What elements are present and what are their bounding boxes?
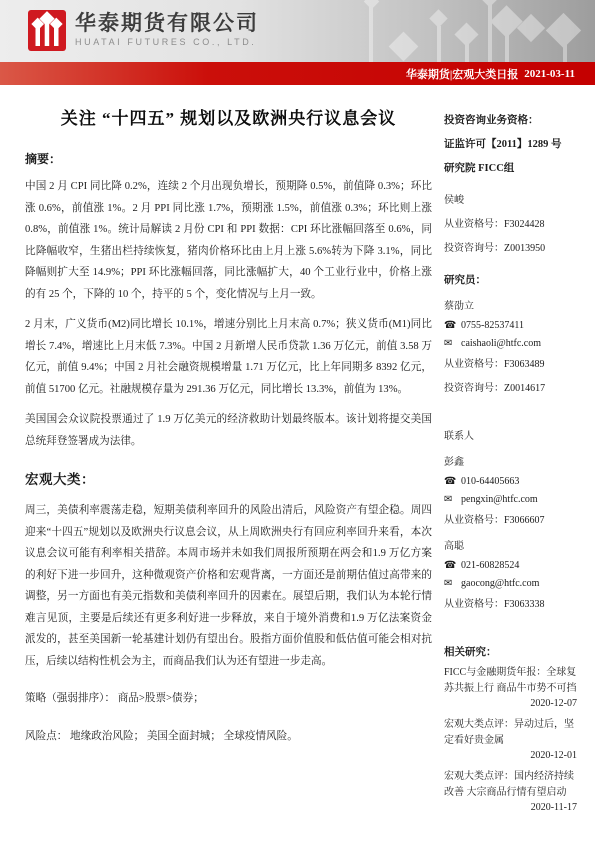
contact-cert-no: 从业资格号：F3066607 xyxy=(444,509,577,533)
contact-cert-no: 从业资格号：F3063338 xyxy=(444,593,577,617)
contact-email: gaocong@htfc.com xyxy=(461,575,539,593)
company-name-cn: 华泰期货有限公司 xyxy=(75,12,259,36)
related-research-block: 相关研究： FICC与金融期货年报：全球复苏共振上行 商品牛市势不可挡 2020… xyxy=(444,641,577,816)
researcher-cert-no: 从业资格号：F3063489 xyxy=(444,353,577,377)
contact-phone-row: ☎ 010-64405663 xyxy=(444,473,577,491)
contacts-heading: 联系人 xyxy=(444,425,577,449)
macro-paragraph: 周三，美债利率震荡走稳，短期美债利率回升的风险出清后，风险资产有望企稳。周四迎来… xyxy=(25,500,432,672)
related-research-heading: 相关研究： xyxy=(444,641,577,665)
researcher-advisory-no: 投资咨询号：Z0014617 xyxy=(444,377,577,401)
main-column: 关注 “十四五” 规划以及欧洲央行议息会议 摘要： 中国 2 月 CPI 同比降… xyxy=(25,85,432,821)
researcher-heading: 研究员： xyxy=(444,269,577,293)
sidebar-spacer xyxy=(444,409,577,425)
contact-phone: 021-60828524 xyxy=(461,557,519,575)
researcher-phone: 0755-82537411 xyxy=(461,317,524,335)
related-research-item: 宏观大类点评：异动过后，坚定看好贵金属 2020-12-01 xyxy=(444,717,577,764)
analyst-advisory-no: 投资咨询号：Z0013950 xyxy=(444,237,577,261)
contact-email-row: ✉ gaocong@htfc.com xyxy=(444,575,577,593)
report-title: 关注 “十四五” 规划以及欧洲央行议息会议 xyxy=(25,106,432,132)
abstract-paragraph: 美国国会众议院投票通过了 1.9 万亿美元的经济救助计划最终版本。该计划将提交美… xyxy=(25,409,432,452)
mail-icon: ✉ xyxy=(444,335,461,353)
lead-analyst-block: 侯峻 从业资格号：F3024428 投资咨询号：Z0013950 xyxy=(444,189,577,261)
content-area: 关注 “十四五” 规划以及欧洲央行议息会议 摘要： 中国 2 月 CPI 同比降… xyxy=(0,85,595,821)
contact-name: 高聪 xyxy=(444,537,577,557)
diamond-pattern-decoration xyxy=(345,0,595,62)
researcher-email: caishaoli@htfc.com xyxy=(461,335,541,353)
phone-icon: ☎ xyxy=(444,317,461,335)
credential-block: 投资咨询业务资格： 证监许可【2011】1289 号 研究院 FICC组 xyxy=(444,109,577,181)
mail-icon: ✉ xyxy=(444,575,461,593)
related-research-item: FICC与金融期货年报：全球复苏共振上行 商品牛市势不可挡 2020-12-07 xyxy=(444,665,577,712)
mail-icon: ✉ xyxy=(444,491,461,509)
related-research-date: 2020-12-01 xyxy=(444,748,577,764)
credential-license: 证监许可【2011】1289 号 xyxy=(444,133,577,157)
analyst-name: 侯峻 xyxy=(444,189,577,213)
credential-institute: 研究院 FICC组 xyxy=(444,157,577,181)
abstract-paragraph: 2 月末，广义货币(M2)同比增长 10.1%，增速分别比上月末高 0.7%；狭… xyxy=(25,314,432,400)
sidebar-column: 投资咨询业务资格： 证监许可【2011】1289 号 研究院 FICC组 侯峻 … xyxy=(444,85,577,821)
contact-phone: 010-64405663 xyxy=(461,473,519,491)
researcher-block: 研究员： 蔡劭立 ☎ 0755-82537411 ✉ caishaoli@htf… xyxy=(444,269,577,401)
phone-icon: ☎ xyxy=(444,557,461,575)
contact-phone-row: ☎ 021-60828524 xyxy=(444,557,577,575)
contact-email-row: ✉ pengxin@htfc.com xyxy=(444,491,577,509)
page-header: 华泰期货有限公司 HUATAI FUTURES CO., LTD. xyxy=(0,0,595,62)
report-page: 华泰期货有限公司 HUATAI FUTURES CO., LTD. 华泰期货|宏… xyxy=(0,0,595,842)
company-name-en: HUATAI FUTURES CO., LTD. xyxy=(75,36,259,49)
abstract-paragraph: 中国 2 月 CPI 同比降 0.2%，连续 2 个月出现负增长，预期降 0.5… xyxy=(25,176,432,305)
researcher-email-row: ✉ caishaoli@htfc.com xyxy=(444,335,577,353)
huatai-logo-icon xyxy=(28,10,66,51)
related-research-item: 宏观大类点评：国内经济持续改善 大宗商品行情有望启动 2020-11-17 xyxy=(444,769,577,816)
contacts-block: 联系人 彭鑫 ☎ 010-64405663 ✉ pengxin@htfc.com… xyxy=(444,425,577,617)
related-research-date: 2020-11-17 xyxy=(444,800,577,816)
abstract-heading: 摘要： xyxy=(25,150,432,167)
contact-card: 彭鑫 ☎ 010-64405663 ✉ pengxin@htfc.com 从业资… xyxy=(444,453,577,533)
report-banner: 华泰期货|宏观大类日报 2021-03-11 xyxy=(0,62,595,85)
brand: 华泰期货有限公司 HUATAI FUTURES CO., LTD. xyxy=(28,10,259,51)
related-research-title: 宏观大类点评：国内经济持续改善 大宗商品行情有望启动 xyxy=(444,769,577,800)
researcher-name: 蔡劭立 xyxy=(444,297,577,317)
contact-email: pengxin@htfc.com xyxy=(461,491,538,509)
related-research-title: FICC与金融期货年报：全球复苏共振上行 商品牛市势不可挡 xyxy=(444,665,577,696)
contact-name: 彭鑫 xyxy=(444,453,577,473)
sidebar-spacer xyxy=(444,625,577,641)
related-research-date: 2020-12-07 xyxy=(444,696,577,712)
contact-card: 高聪 ☎ 021-60828524 ✉ gaocong@htfc.com 从业资… xyxy=(444,537,577,617)
risk-line: 风险点： 地缘政治风险； 美国全面封城； 全球疫情风险。 xyxy=(25,726,432,748)
researcher-phone-row: ☎ 0755-82537411 xyxy=(444,317,577,335)
analyst-cert-no: 从业资格号：F3024428 xyxy=(444,213,577,237)
banner-date: 2021-03-11 xyxy=(524,68,575,80)
banner-label: 华泰期货|宏观大类日报 xyxy=(406,66,518,82)
related-research-title: 宏观大类点评：异动过后，坚定看好贵金属 xyxy=(444,717,577,748)
strategy-line: 策略（强弱排序）： 商品>股票>债券； xyxy=(25,688,432,710)
phone-icon: ☎ xyxy=(444,473,461,491)
credential-title: 投资咨询业务资格： xyxy=(444,109,577,133)
macro-section-heading: 宏观大类： xyxy=(25,468,432,488)
